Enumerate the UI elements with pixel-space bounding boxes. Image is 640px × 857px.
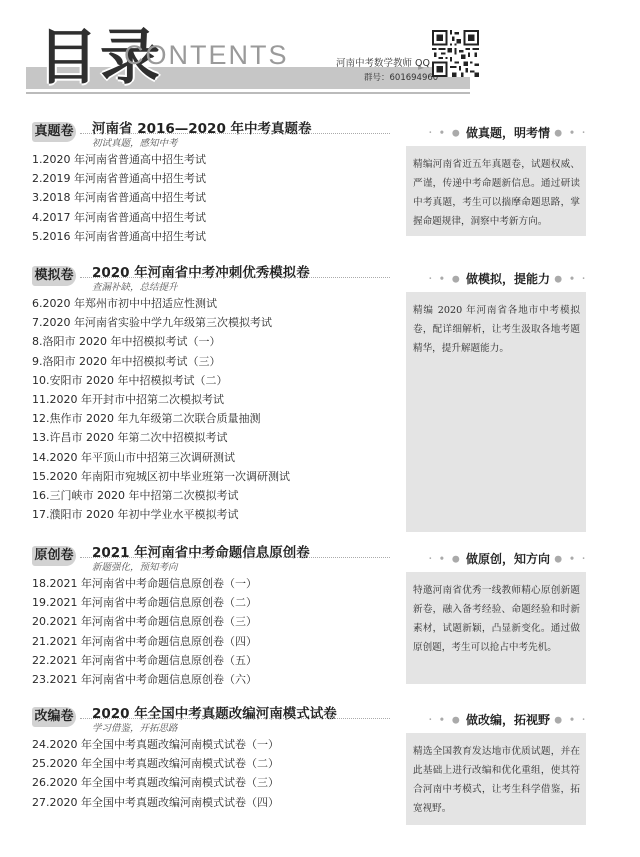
section-tag: 真题卷 bbox=[32, 122, 76, 142]
list-item[interactable]: 13.许昌市 2020 年第二次中招模拟考试 bbox=[32, 428, 290, 447]
list-item[interactable]: 26.2020 年全国中考真题改编河南模式试卷（三） bbox=[32, 773, 279, 792]
item-list: 24.2020 年全国中考真题改编河南模式试卷（一） 25.2020 年全国中考… bbox=[32, 735, 279, 812]
list-item[interactable]: 5.2016 年河南省普通高中招生考试 bbox=[32, 227, 206, 246]
dotted-divider bbox=[80, 557, 390, 558]
side-heading: · • ● 做原创，知方向 ● • · bbox=[408, 550, 608, 567]
list-item[interactable]: 24.2020 年全国中考真题改编河南模式试卷（一） bbox=[32, 735, 279, 754]
dotted-divider bbox=[80, 277, 390, 278]
list-item[interactable]: 14.2020 年平顶山市中招第三次调研测试 bbox=[32, 448, 290, 467]
list-item[interactable]: 21.2021 年河南省中考命题信息原创卷（四） bbox=[32, 632, 257, 651]
section-title: 2020 年河南省中考冲刺优秀模拟卷 bbox=[92, 261, 310, 281]
list-item[interactable]: 25.2020 年全国中考真题改编河南模式试卷（二） bbox=[32, 754, 279, 773]
side-description: 精编 2020 年河南省各地市中考模拟卷，配详细解析，让考生汲取各地考题精华，提… bbox=[406, 292, 586, 532]
qr-code-icon[interactable] bbox=[432, 30, 479, 77]
dots-icon: · • ● bbox=[429, 555, 462, 565]
list-item[interactable]: 27.2020 年全国中考真题改编河南模式试卷（四） bbox=[32, 793, 279, 812]
list-item[interactable]: 22.2021 年河南省中考命题信息原创卷（五） bbox=[32, 651, 257, 670]
section-tag: 模拟卷 bbox=[32, 266, 76, 286]
list-item[interactable]: 7.2020 年河南省实验中学九年级第三次模拟考试 bbox=[32, 313, 290, 332]
list-item[interactable]: 12.焦作市 2020 年九年级第二次联合质量抽测 bbox=[32, 409, 290, 428]
side-heading: · • ● 做改编，拓视野 ● • · bbox=[408, 711, 608, 728]
side-description: 特邀河南省优秀一线教师精心原创新题新卷，融入备考经验、命题经验和时新素材，试题新… bbox=[406, 572, 586, 684]
list-item[interactable]: 15.2020 年南阳市宛城区初中毕业班第一次调研测试 bbox=[32, 467, 290, 486]
dots-icon: · • ● bbox=[429, 716, 462, 726]
dots-icon: ● • · bbox=[554, 716, 587, 726]
side-description: 精编河南省近五年真题卷，试题权威、严谨，传递中考命题新信息。通过研读中考真题，考… bbox=[406, 146, 586, 236]
qq-group-label: 河南中考数学教师 QQ 群 bbox=[336, 55, 443, 69]
list-item[interactable]: 11.2020 年开封市中招第二次模拟考试 bbox=[32, 390, 290, 409]
list-item[interactable]: 3.2018 年河南省普通高中招生考试 bbox=[32, 188, 206, 207]
list-item[interactable]: 9.洛阳市 2020 年中招模拟考试（三） bbox=[32, 352, 290, 371]
dots-icon: · • ● bbox=[429, 275, 462, 285]
section-subtitle: 学习借鉴，开拓思路 bbox=[92, 720, 178, 734]
section-tag: 改编卷 bbox=[32, 707, 76, 727]
dots-icon: · • ● bbox=[429, 129, 462, 139]
qq-group-number: 群号：601694960 bbox=[364, 71, 438, 83]
side-description: 精选全国教育发达地市优质试题，并在此基础上进行改编和优化重组，使其符合河南中考模… bbox=[406, 733, 586, 825]
item-list: 1.2020 年河南省普通高中招生考试 2.2019 年河南省普通高中招生考试 … bbox=[32, 150, 206, 246]
side-heading: · • ● 做真题，明考情 ● • · bbox=[408, 124, 608, 141]
dots-icon: ● • · bbox=[554, 555, 587, 565]
section-title: 2020 年全国中考真题改编河南模式试卷 bbox=[92, 702, 337, 722]
item-list: 18.2021 年河南省中考命题信息原创卷（一） 19.2021 年河南省中考命… bbox=[32, 574, 257, 689]
side-heading: · • ● 做模拟，提能力 ● • · bbox=[408, 270, 608, 287]
arrow-right-icon: ► bbox=[418, 63, 424, 72]
list-item[interactable]: 19.2021 年河南省中考命题信息原创卷（二） bbox=[32, 593, 257, 612]
list-item[interactable]: 16.三门峡市 2020 年中招第二次模拟考试 bbox=[32, 486, 290, 505]
dotted-divider bbox=[80, 133, 390, 134]
section-tag: 原创卷 bbox=[32, 546, 76, 566]
section-subtitle: 新题强化，预知考向 bbox=[92, 559, 178, 573]
dots-icon: ● • · bbox=[554, 129, 587, 139]
list-item[interactable]: 20.2021 年河南省中考命题信息原创卷（三） bbox=[32, 612, 257, 631]
page-header: 目录 CONTENTS 河南中考数学教师 QQ 群 群号：601694960 ► bbox=[0, 0, 640, 100]
section-title: 河南省 2016—2020 年中考真题卷 bbox=[92, 117, 312, 137]
list-item[interactable]: 4.2017 年河南省普通高中招生考试 bbox=[32, 208, 206, 227]
list-item[interactable]: 17.濮阳市 2020 年初中学业水平模拟考试 bbox=[32, 505, 290, 524]
list-item[interactable]: 8.洛阳市 2020 年中招模拟考试（一） bbox=[32, 332, 290, 351]
page-title-english: CONTENTS bbox=[124, 40, 289, 71]
list-item[interactable]: 1.2020 年河南省普通高中招生考试 bbox=[32, 150, 206, 169]
list-item[interactable]: 2.2019 年河南省普通高中招生考试 bbox=[32, 169, 206, 188]
list-item[interactable]: 23.2021 年河南省中考命题信息原创卷（六） bbox=[32, 670, 257, 689]
list-item[interactable]: 10.安阳市 2020 年中招模拟考试（二） bbox=[32, 371, 290, 390]
dots-icon: ● • · bbox=[554, 275, 587, 285]
section-subtitle: 初试真题，感知中考 bbox=[92, 135, 178, 149]
list-item[interactable]: 6.2020 年郑州市初中中招适应性测试 bbox=[32, 294, 290, 313]
section-subtitle: 查漏补缺，总结提升 bbox=[92, 279, 178, 293]
section-title: 2021 年河南省中考命题信息原创卷 bbox=[92, 541, 310, 561]
dotted-divider bbox=[80, 718, 390, 719]
item-list: 6.2020 年郑州市初中中招适应性测试 7.2020 年河南省实验中学九年级第… bbox=[32, 294, 290, 524]
list-item[interactable]: 18.2021 年河南省中考命题信息原创卷（一） bbox=[32, 574, 257, 593]
